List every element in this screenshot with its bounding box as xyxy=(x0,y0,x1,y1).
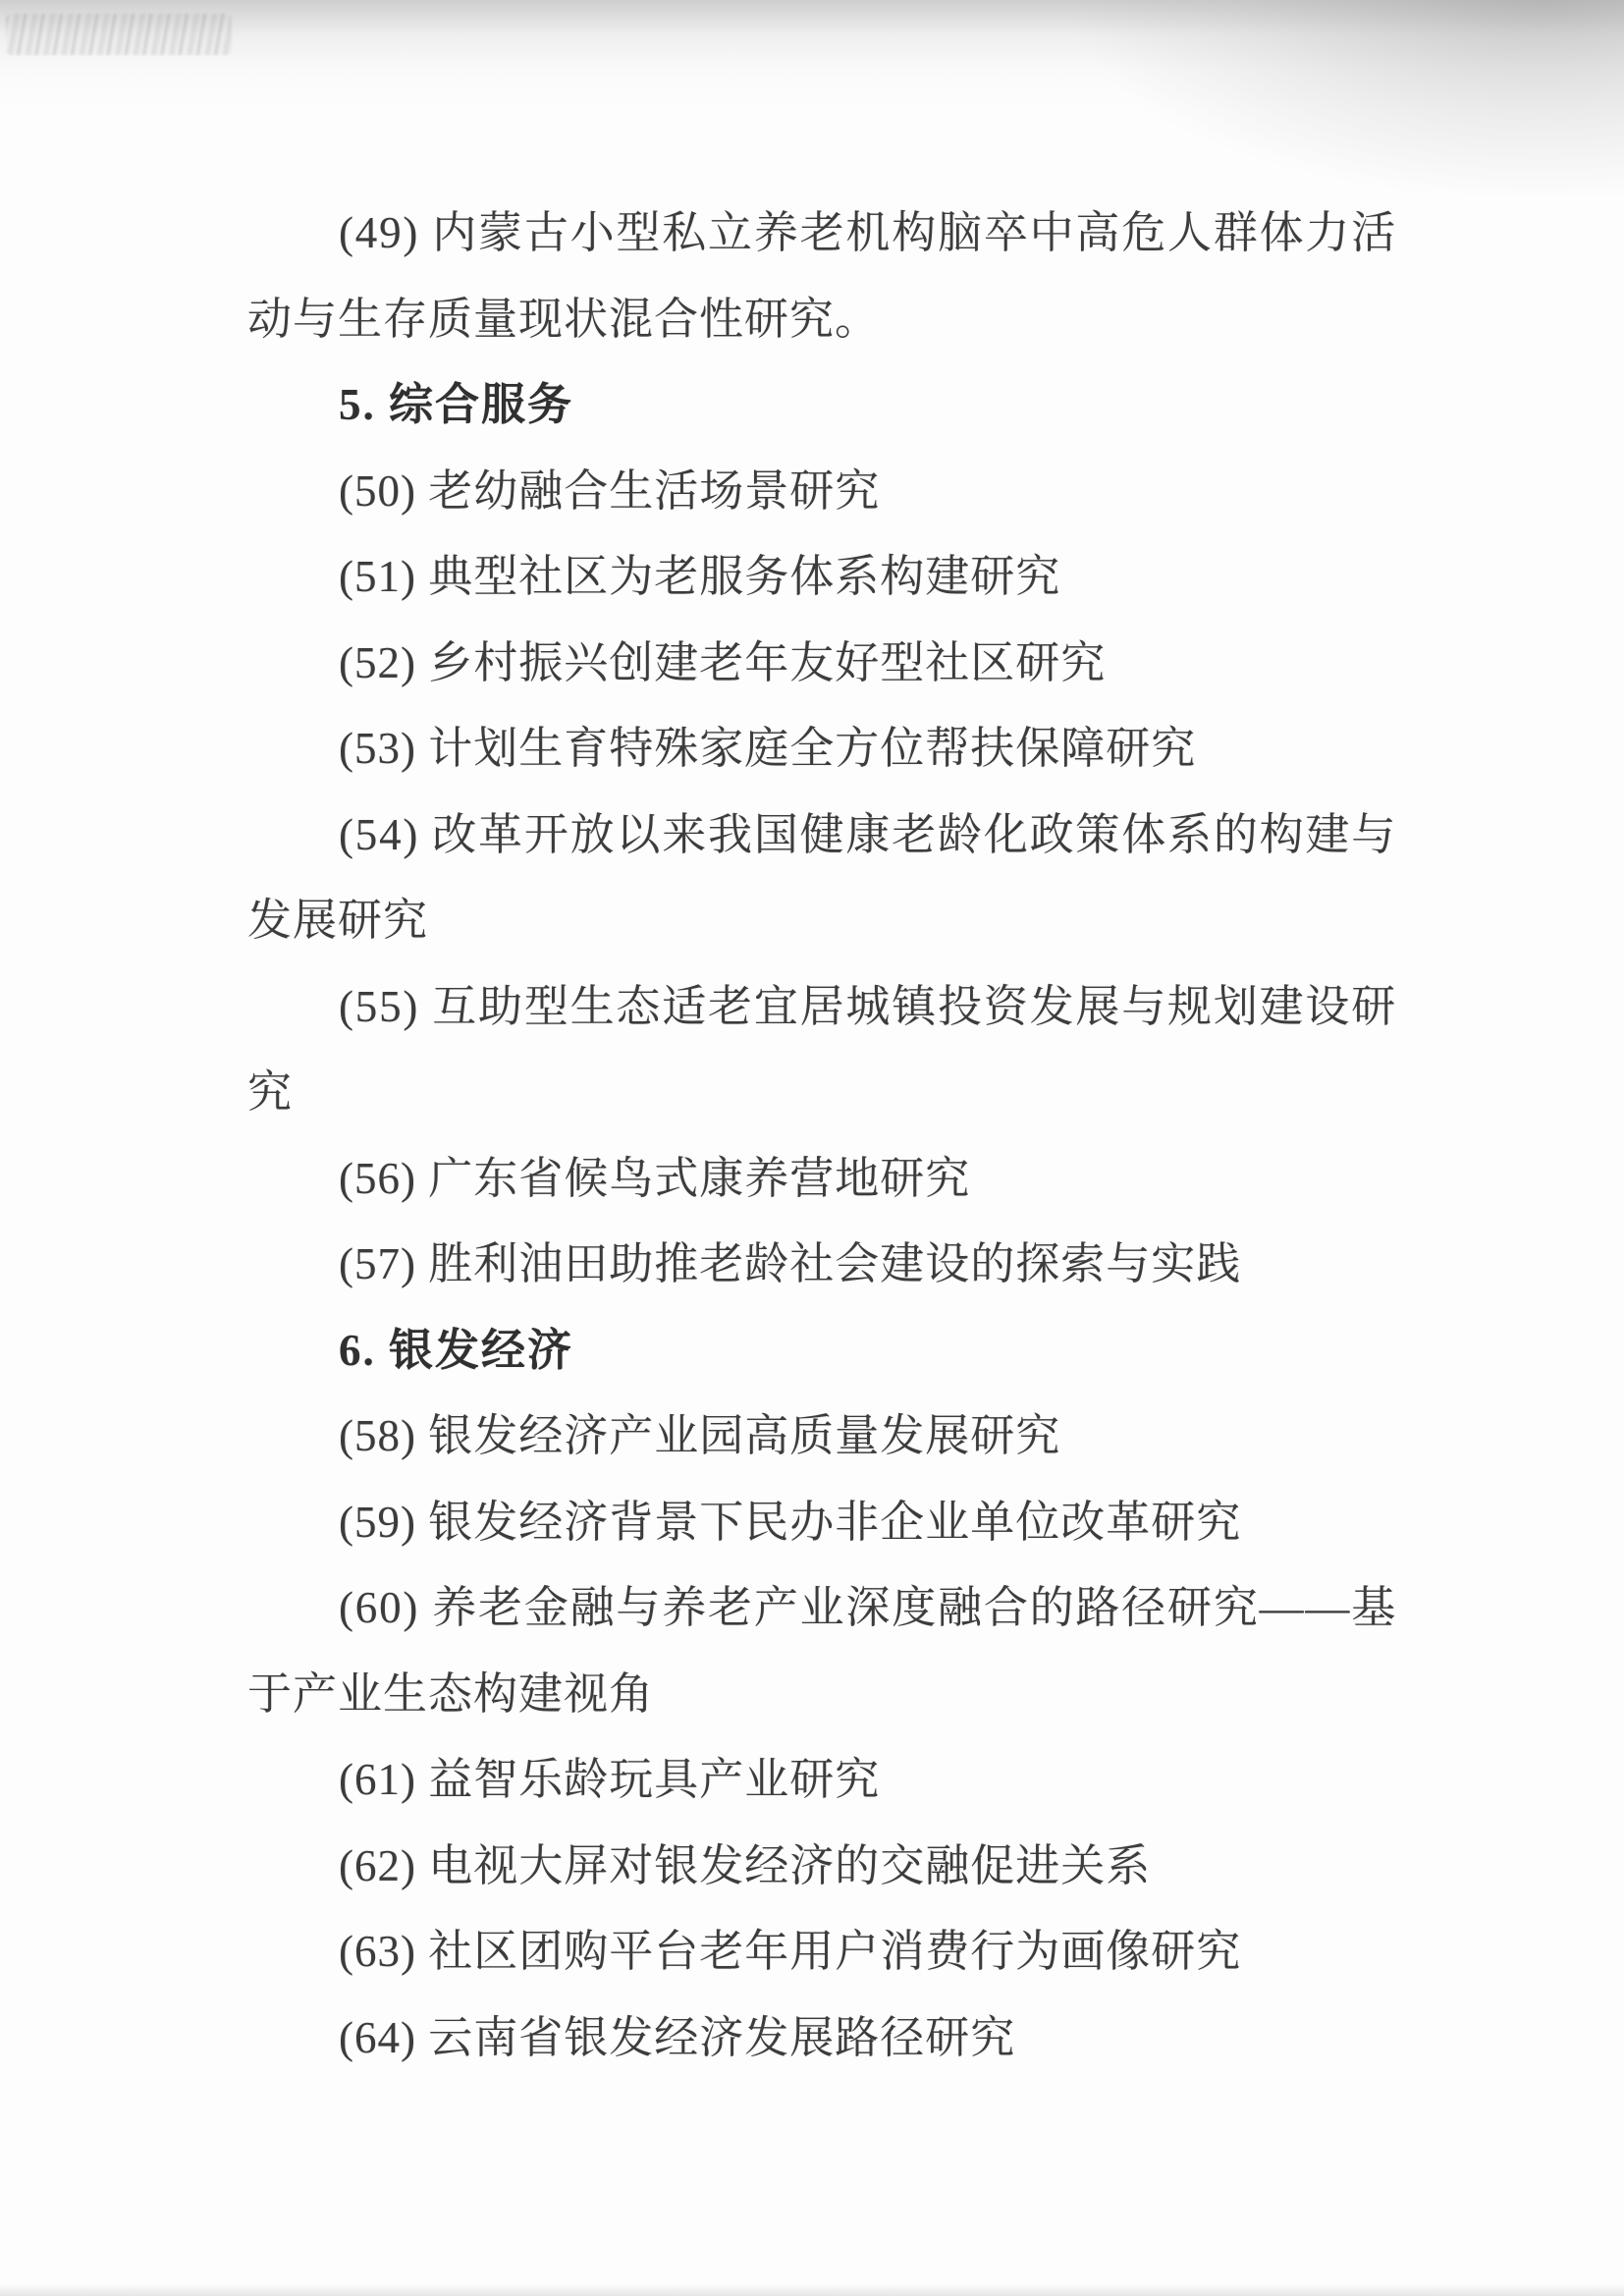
text-line: 动与生存质量现状混合性研究。 xyxy=(247,277,1392,363)
text-line: (54) 改革开放以来我国健康老龄化政策体系的构建与 xyxy=(247,793,1392,879)
text-line: (57) 胜利油田助推老龄社会建设的探索与实践 xyxy=(247,1222,1392,1308)
text-line: (63) 社区团购平台老年用户消费行为画像研究 xyxy=(247,1909,1392,1995)
text-line: 发展研究 xyxy=(247,878,1392,964)
text-line: (58) 银发经济产业园高质量发展研究 xyxy=(247,1394,1392,1480)
text-line: (53) 计划生育特殊家庭全方位帮扶保障研究 xyxy=(247,706,1392,793)
text-line: (51) 典型社区为老服务体系构建研究 xyxy=(247,534,1392,621)
section-heading: 5. 综合服务 xyxy=(247,362,1392,449)
text-line: (55) 互助型生态适老宜居城镇投资发展与规划建设研 xyxy=(247,964,1392,1051)
document-page: (49) 内蒙古小型私立养老机构脑卒中高危人群体力活 动与生存质量现状混合性研究… xyxy=(0,0,1624,2296)
scan-noise-smudge xyxy=(6,14,232,55)
section-heading: 6. 银发经济 xyxy=(247,1308,1392,1394)
text-line: (61) 益智乐龄玩具产业研究 xyxy=(247,1737,1392,1824)
text-line: (62) 电视大屏对银发经济的交融促进关系 xyxy=(247,1824,1392,1910)
text-line: (56) 广东省候鸟式康养营地研究 xyxy=(247,1136,1392,1223)
text-line: (52) 乡村振兴创建老年友好型社区研究 xyxy=(247,621,1392,707)
text-line: (59) 银发经济背景下民办非企业单位改革研究 xyxy=(247,1480,1392,1566)
text-line: (50) 老幼融合生活场景研究 xyxy=(247,449,1392,535)
scan-bottom-shading xyxy=(0,2284,1624,2296)
scan-top-right-shading xyxy=(1074,0,1624,196)
text-line: (60) 养老金融与养老产业深度融合的路径研究——基 xyxy=(247,1565,1392,1652)
scan-top-shading xyxy=(0,0,1624,128)
text-line: 于产业生态构建视角 xyxy=(247,1652,1392,1738)
text-line: (64) 云南省银发经济发展路径研究 xyxy=(247,1995,1392,2082)
text-line: 究 xyxy=(247,1050,1392,1136)
document-text-block: (49) 内蒙古小型私立养老机构脑卒中高危人群体力活 动与生存质量现状混合性研究… xyxy=(247,191,1392,2081)
text-line: (49) 内蒙古小型私立养老机构脑卒中高危人群体力活 xyxy=(247,191,1392,277)
